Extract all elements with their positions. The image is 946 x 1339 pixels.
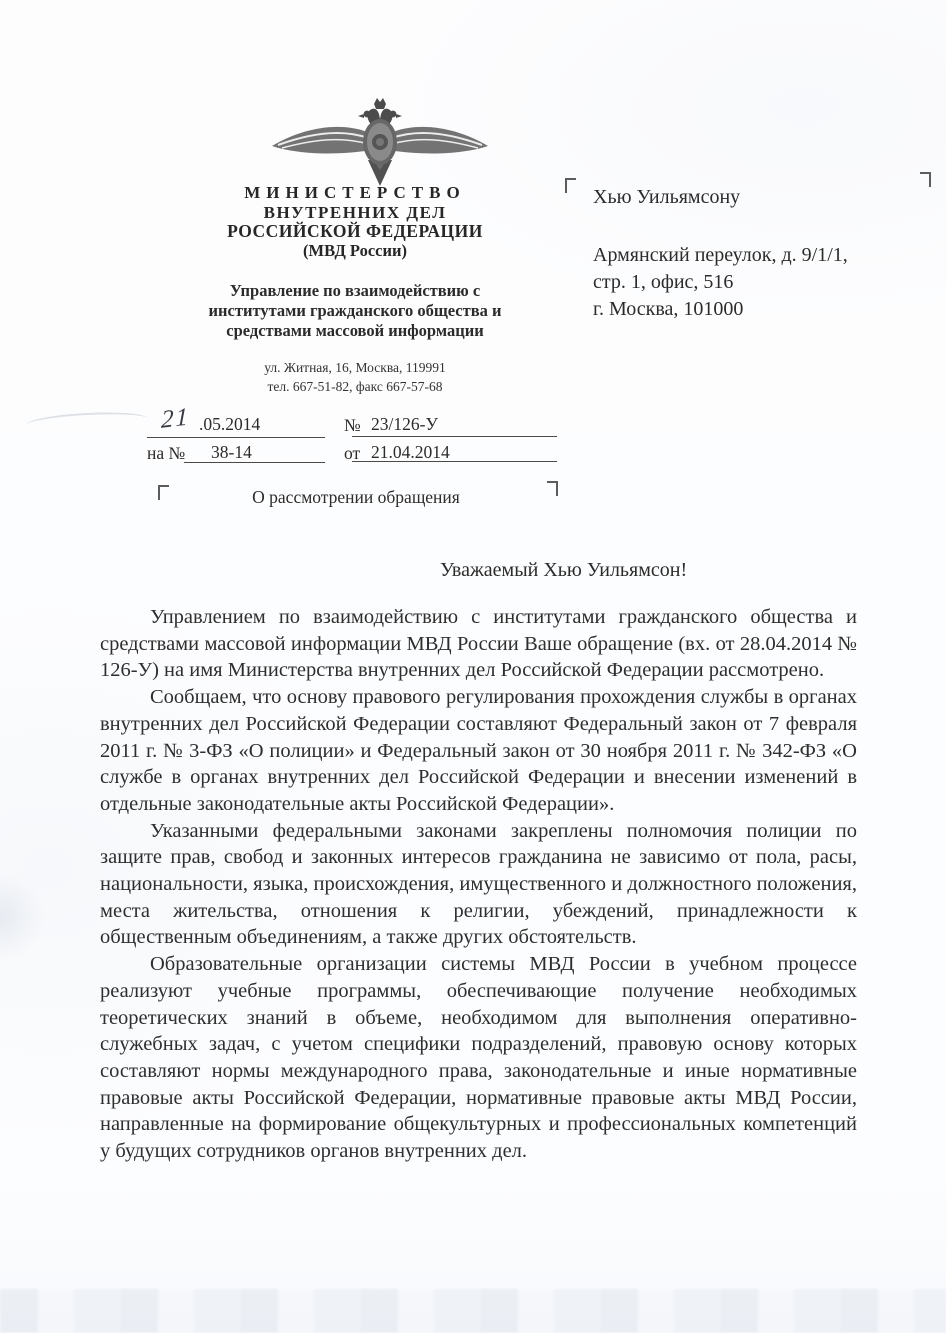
salutation: Уважаемый Хью Уильямсон! bbox=[440, 559, 687, 582]
recipient-name: Хью Уильямсону bbox=[593, 186, 740, 209]
letterhead-contact-block: ул. Житная, 16, Москва, 119991 тел. 667-… bbox=[160, 359, 550, 396]
scan-noise-band bbox=[0, 1289, 946, 1333]
scan-smudge-artifact bbox=[26, 410, 149, 434]
ministry-short-name: (МВД России) bbox=[200, 241, 510, 260]
recipient-address-line: стр. 1, офис, 516 bbox=[593, 269, 848, 296]
ministry-name-line: РОССИЙСКОЙ ФЕДЕРАЦИИ bbox=[200, 222, 510, 241]
recipient-address-line: г. Москва, 101000 bbox=[593, 296, 848, 323]
outgoing-number-value: 23/126-У bbox=[371, 414, 438, 435]
scan-edge bbox=[0, 1333, 946, 1339]
body-paragraph: Управлением по взаимодействию с институт… bbox=[100, 604, 857, 684]
scanned-letter-page: МИНИСТЕРСТВО ВНУТРЕННИХ ДЕЛ РОССИЙСКОЙ Ф… bbox=[0, 0, 946, 1339]
scan-shadow-artifact bbox=[0, 872, 46, 962]
ref-underline bbox=[352, 461, 557, 462]
recipient-address-line: Армянский переулок, д. 9/1/1, bbox=[593, 242, 848, 269]
body-paragraph: Указанными федеральными законами закрепл… bbox=[100, 818, 857, 952]
department-name-line: институтами гражданского общества и bbox=[160, 301, 550, 321]
outgoing-date-day-handwritten: 21 bbox=[161, 403, 190, 435]
recipient-corner-mark-open bbox=[565, 178, 576, 193]
reply-date-value: 21.04.2014 bbox=[371, 442, 450, 463]
subject-line: О рассмотрении обращения bbox=[166, 487, 546, 508]
recipient-address-block: Армянский переулок, д. 9/1/1, стр. 1, оф… bbox=[593, 242, 848, 323]
letterhead-phone-fax: тел. 667-51-82, факс 667-57-68 bbox=[160, 378, 550, 397]
subject-corner-mark-close bbox=[547, 481, 558, 496]
department-name-line: Управление по взаимодействию с bbox=[160, 281, 550, 301]
reply-to-number-label: на № bbox=[147, 443, 185, 464]
outgoing-number-label: № bbox=[344, 415, 361, 436]
ref-underline bbox=[147, 437, 325, 438]
ministry-name-line: МИНИСТЕРСТВО bbox=[200, 183, 510, 203]
body-paragraph: Образовательные организации системы МВД … bbox=[100, 951, 857, 1165]
outgoing-date-rest: .05.2014 bbox=[199, 414, 260, 435]
department-name-line: средствами массовой информации bbox=[160, 321, 550, 341]
mvd-double-headed-eagle-icon bbox=[268, 92, 492, 188]
letterhead-department-block: Управление по взаимодействию с института… bbox=[160, 281, 550, 341]
recipient-corner-mark-close bbox=[920, 172, 931, 187]
ministry-name-line: ВНУТРЕННИХ ДЕЛ bbox=[200, 203, 510, 222]
body-paragraph: Сообщаем, что основу правового регулиров… bbox=[100, 684, 857, 818]
reply-to-number-value: 38-14 bbox=[211, 442, 252, 463]
letter-body: Управлением по взаимодействию с институт… bbox=[100, 604, 857, 1165]
ref-underline bbox=[184, 462, 325, 463]
letterhead-address: ул. Житная, 16, Москва, 119991 bbox=[160, 359, 550, 378]
letterhead-ministry-block: МИНИСТЕРСТВО ВНУТРЕННИХ ДЕЛ РОССИЙСКОЙ Ф… bbox=[200, 183, 510, 260]
ref-underline bbox=[352, 436, 557, 437]
